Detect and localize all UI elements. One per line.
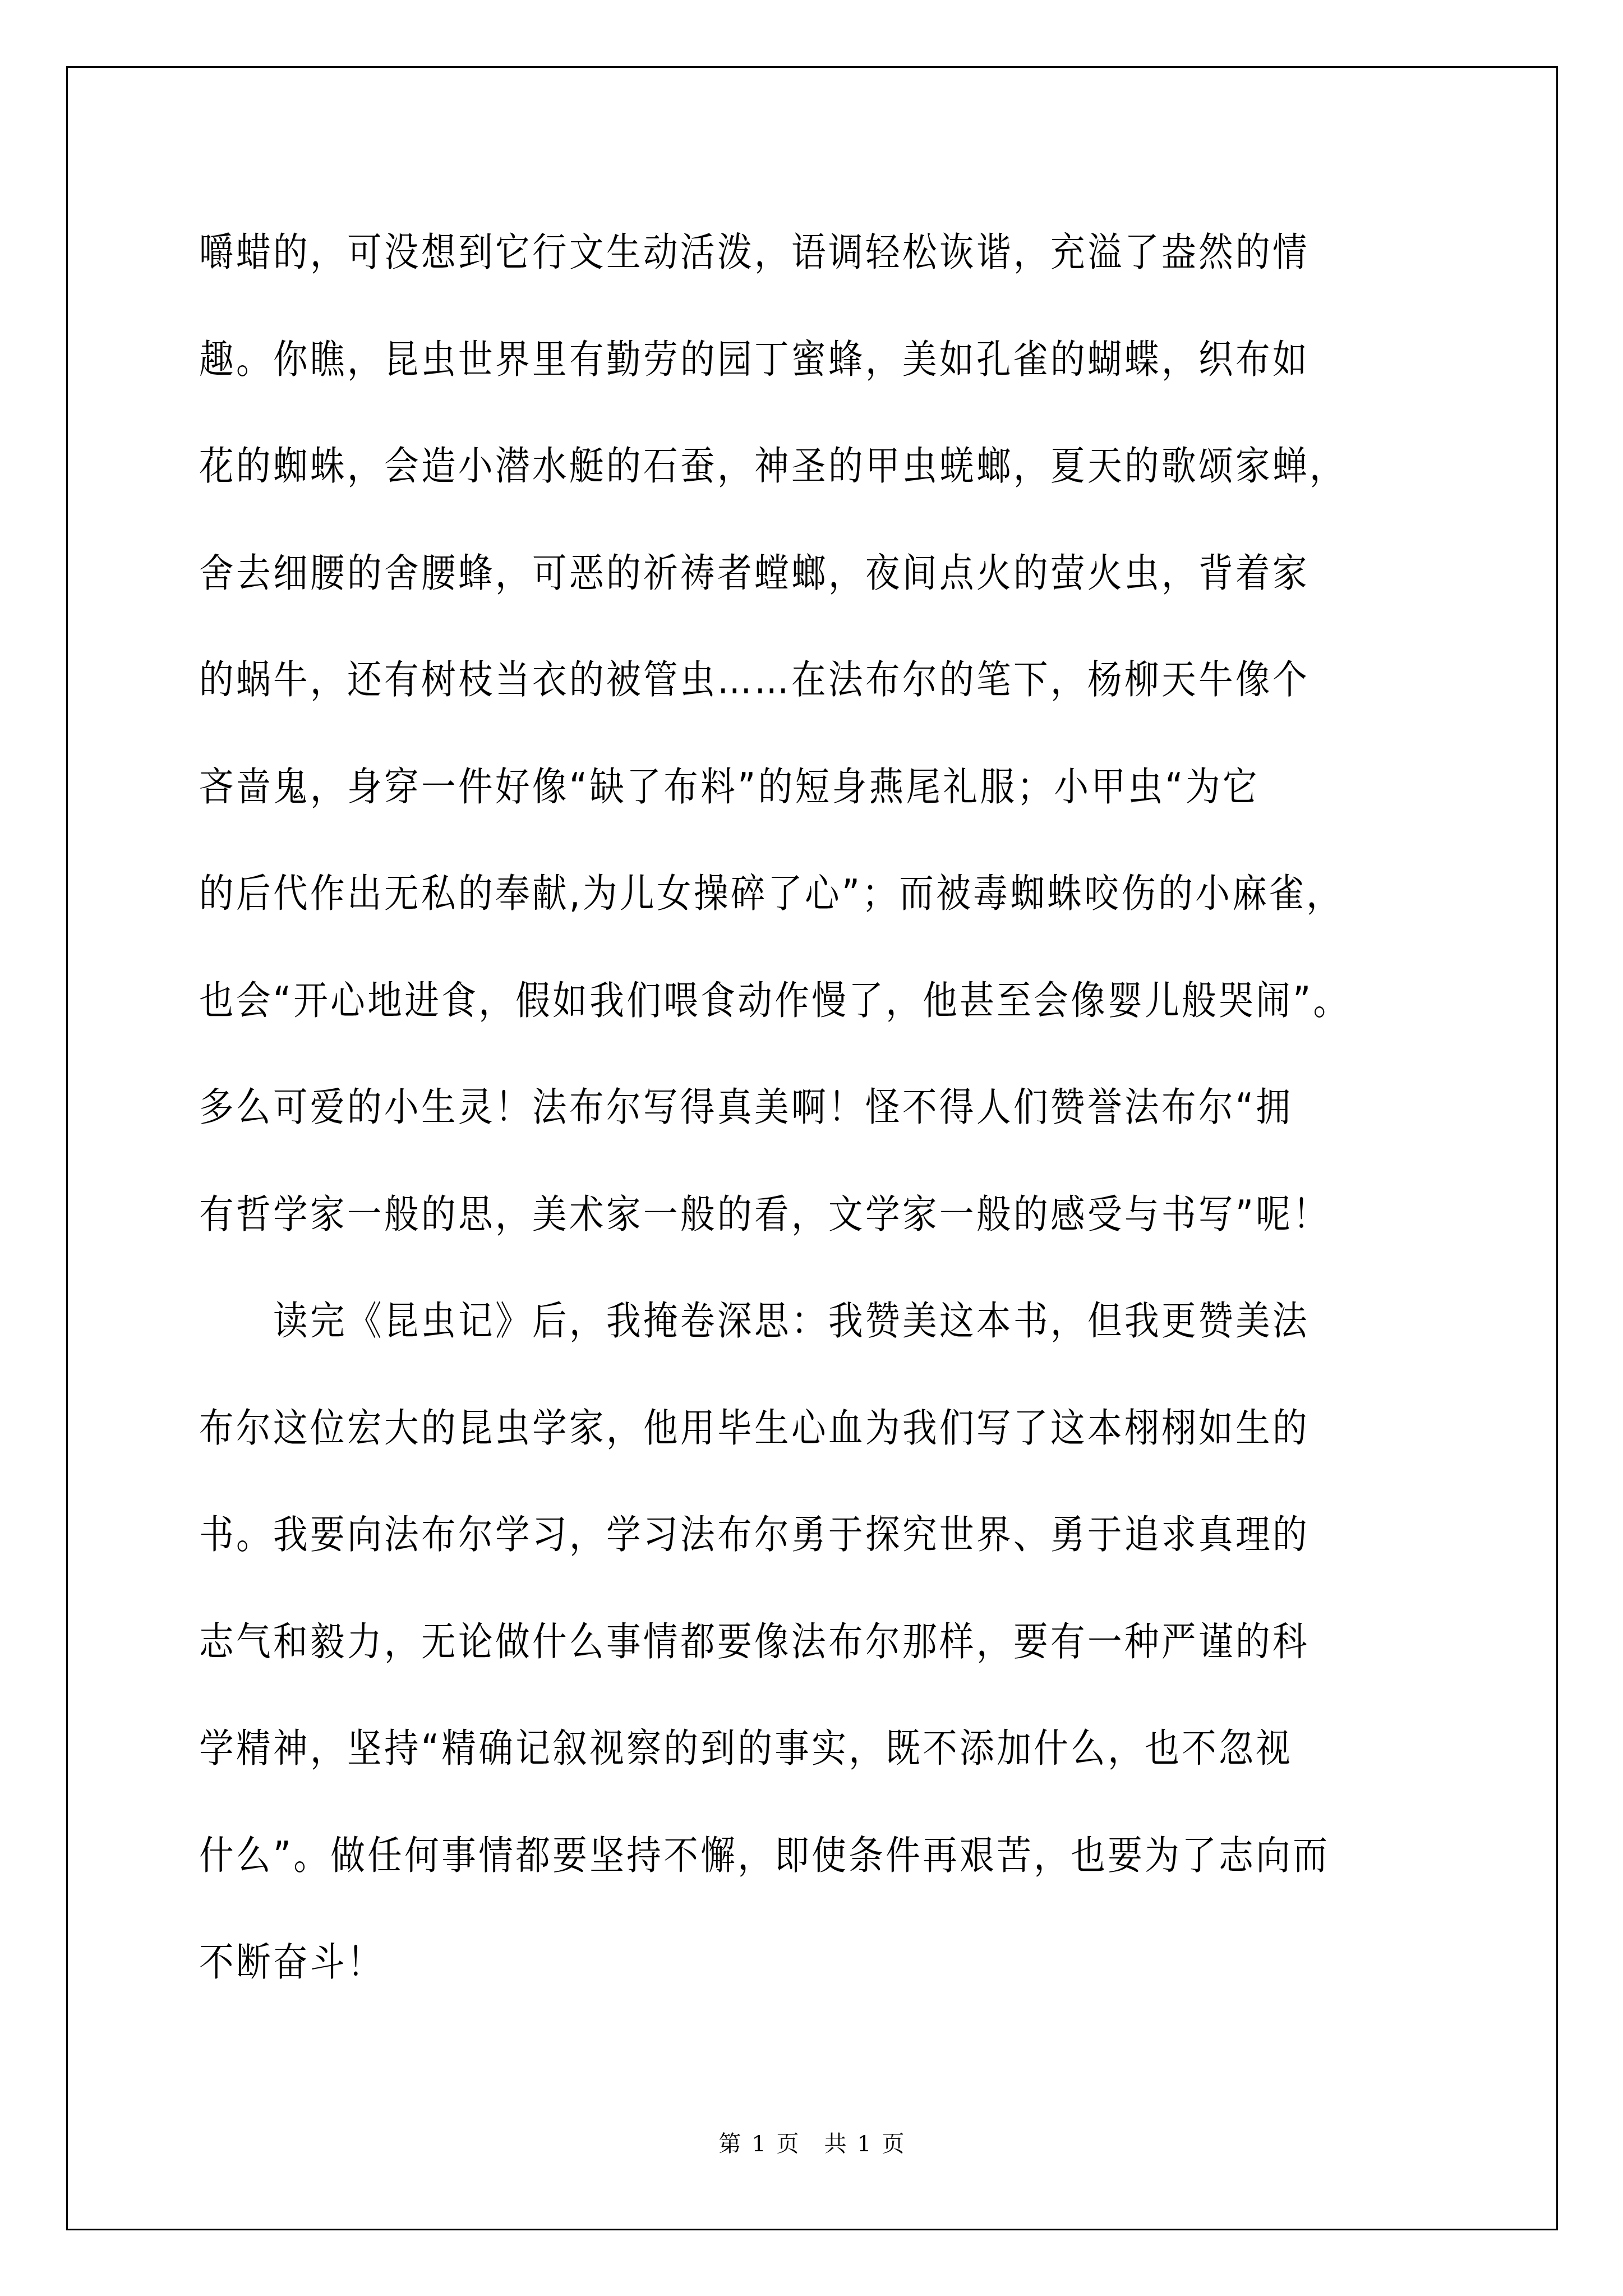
text-line: 也会“开心地进食，假如我们喂食动作慢了，他甚至会像婴儿般哭闹”。: [199, 970, 1285, 1077]
page-footer: 第 1 页共 1 页: [0, 2126, 1623, 2158]
text-line: 不断奋斗！: [199, 1931, 1285, 2039]
text-line: 嚼蜡的，可没想到它行文生动活泼，语调轻松诙谐，充溢了盎然的情: [199, 222, 1285, 329]
text-line: 学精神，坚持“精确记叙视察的到的事实，既不添加什么，也不忽视: [199, 1718, 1285, 1825]
text-line: 吝啬鬼，身穿一件好像“缺了布料”的短身燕尾礼服；小甲虫“为它: [199, 756, 1285, 863]
text-line: 有哲学家一般的思，美术家一般的看，文学家一般的感受与书写”呢！: [199, 1184, 1285, 1291]
text-line: 布尔这位宏大的昆虫学家，他用毕生心血为我们写了这本栩栩如生的: [199, 1397, 1285, 1504]
text-line: 的蜗牛，还有树枝当衣的被管虫……在法布尔的笔下，杨柳天牛像个: [199, 649, 1285, 756]
text-line: 趣。你瞧，昆虫世界里有勤劳的园丁蜜蜂，美如孔雀的蝴蝶，织布如: [199, 329, 1285, 436]
page-number: 第 1 页: [719, 2131, 799, 2157]
text-line: 多么可爱的小生灵！法布尔写得真美啊！怪不得人们赞誉法布尔“拥: [199, 1076, 1285, 1184]
text-line: 舍去细腰的舍腰蜂，可恶的祈祷者螳螂，夜间点火的萤火虫，背着家: [199, 542, 1285, 650]
text-line: 花的蜘蛛，会造小潜水艇的石蚕，神圣的甲虫蜣螂，夏天的歌颂家蝉，: [199, 435, 1285, 542]
document-body: 嚼蜡的，可没想到它行文生动活泼，语调轻松诙谐，充溢了盎然的情 趣。你瞧，昆虫世界…: [199, 222, 1433, 2039]
text-line: 书。我要向法布尔学习，学习法布尔勇于探究世界、勇于追求真理的: [199, 1504, 1285, 1611]
page-total: 共 1 页: [824, 2131, 905, 2157]
text-line: 志气和毅力，无论做什么事情都要像法布尔那样，要有一种严谨的科: [199, 1611, 1285, 1718]
text-line: 的后代作出无私的奉献,为儿女操碎了心”；而被毒蜘蛛咬伤的小麻雀，: [199, 863, 1285, 970]
text-line: 什么”。做任何事情都要坚持不懈，即使条件再艰苦，也要为了志向而: [199, 1825, 1285, 1932]
paragraph-first-line: 读完《昆虫记》后，我掩卷深思：我赞美这本书，但我更赞美法: [199, 1290, 1285, 1397]
